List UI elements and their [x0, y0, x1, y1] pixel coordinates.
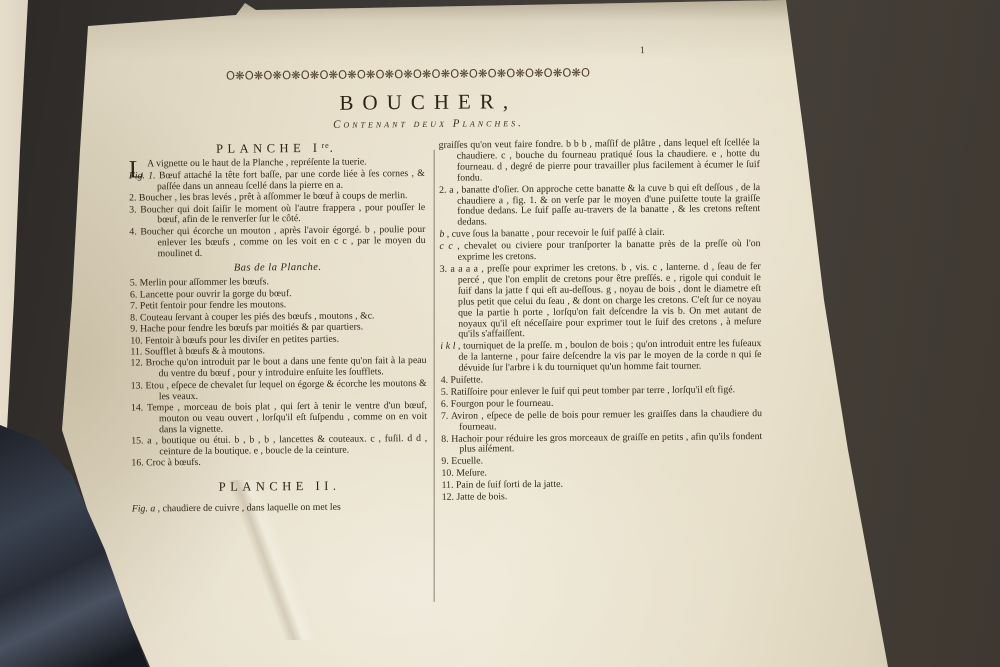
- item-label: 8.: [441, 433, 448, 444]
- item-text: Ratiſſoire pour enlever le ſuif qui peut…: [451, 384, 736, 397]
- page-number: 1: [640, 45, 645, 56]
- item-label: i k l ,: [440, 341, 460, 352]
- list-item: 2. a , banatte d'oſier. On approche cett…: [439, 183, 760, 229]
- list-item: 3. a a a a , preſſe pour exprimer les cr…: [440, 262, 762, 341]
- intro-text: A vignette ou le haut de la Planche , re…: [147, 156, 367, 169]
- left-column: PLANCHE Ire. LA vignette ou le haut de l…: [129, 140, 428, 516]
- item-text: chevalet ou civiere pour tranſporter la …: [458, 238, 761, 263]
- item-label: 5.: [441, 387, 448, 398]
- list-item: 12. Jatte de bois.: [442, 490, 763, 504]
- column-divider-rule: [434, 150, 435, 602]
- document-page: 1 O❋O❋O❋O❋O❋O❋O❋O❋O❋O❋O❋O❋O❋O❋O❋O❋O❋O❋O❋…: [0, 0, 1000, 667]
- heading-superscript: re: [321, 141, 329, 150]
- item-label: 6.: [130, 289, 137, 300]
- item-text: a , boutique ou étui. b , b , b , lancet…: [147, 433, 427, 457]
- item-text: Puiſette.: [450, 374, 482, 385]
- item-text: a a a a , preſſe pour exprimer les creto…: [450, 261, 761, 340]
- item-label: 14.: [131, 402, 143, 413]
- item-text: Tempe , morceau de bois plat , qui ſert …: [147, 400, 427, 435]
- heading-dot: .: [330, 141, 338, 155]
- document-subtitle: Contenant deux Planches.: [228, 116, 628, 131]
- item-text: Croc à bœufs.: [146, 457, 201, 468]
- item-label: 5.: [130, 278, 137, 289]
- item-label: Fig. 1.: [129, 170, 156, 181]
- right-column: graiſſes qu'on veut faire fondre. b b b …: [439, 138, 763, 505]
- item-label: Fig. a ,: [132, 504, 160, 515]
- item-text: tourniquet de la preſſe. m , boulon de b…: [458, 338, 761, 373]
- item-label: 2.: [129, 193, 136, 204]
- item-text: Soufflet à bœufs & à moutons.: [145, 345, 265, 357]
- item-text: Fourgon pour le fourneau.: [451, 398, 554, 410]
- item-label: 2.: [439, 184, 446, 195]
- item-label: 3.: [129, 204, 136, 215]
- list-item: 7. Aviron , eſpece de pelle de bois pour…: [441, 409, 762, 434]
- item-label: 9.: [130, 324, 137, 335]
- list-item: 16. Croc à bœufs.: [131, 456, 427, 469]
- item-label: 4.: [441, 375, 448, 386]
- item-label: 8.: [130, 312, 137, 323]
- item-label: 3.: [440, 264, 447, 275]
- item-text: Petit fentoir pour fendre les moutons.: [140, 299, 286, 311]
- item-text: Merlin pour aſſommer les bœufs.: [140, 277, 269, 289]
- item-label: 11.: [442, 480, 454, 491]
- item-text: graiſſes qu'on veut faire fondre. b b b …: [439, 137, 760, 183]
- item-label: 6.: [441, 399, 448, 410]
- item-text: Ecuelle.: [451, 456, 483, 467]
- item-label: 13.: [131, 380, 143, 391]
- heading-text: PLANCHE I: [216, 141, 322, 156]
- section-heading-planche-1: PLANCHE Ire.: [129, 140, 425, 155]
- item-text: Boucher qui écorche un mouton , après l'…: [140, 224, 425, 259]
- item-label: 7.: [130, 301, 137, 312]
- page-content: 1 O❋O❋O❋O❋O❋O❋O❋O❋O❋O❋O❋O❋O❋O❋O❋O❋O❋O❋O❋…: [0, 0, 1000, 667]
- item-text: Etou , eſpece de chevalet ſur lequel on …: [145, 378, 426, 402]
- item-label: 15.: [131, 436, 143, 447]
- item-label: 7.: [441, 411, 448, 422]
- item-label: 16.: [131, 458, 143, 469]
- item-label: b ,: [439, 229, 449, 240]
- section-heading-planche-2: PLANCHE II.: [132, 480, 428, 493]
- list-item: 14. Tempe , morceau de bois plat , qui ſ…: [131, 401, 427, 436]
- item-text: Fentoir à bœufs pour les diviſer en peti…: [145, 333, 339, 346]
- list-item: c c , chevalet ou civiere pour tranſport…: [439, 239, 760, 264]
- item-text: Jatte de bois.: [456, 491, 507, 502]
- item-text: Meſure.: [456, 468, 487, 479]
- item-label: 4.: [129, 226, 136, 237]
- item-text: Boucher qui doit ſaiſir le moment où l'a…: [140, 201, 425, 225]
- item-label: 10.: [130, 335, 142, 346]
- item-text: chaudiere de cuivre , dans laquelle on m…: [163, 502, 341, 515]
- item-label: 12.: [130, 358, 142, 369]
- item-label: 9.: [441, 456, 448, 467]
- item-label: 10.: [441, 468, 453, 479]
- item-label: 12.: [442, 492, 454, 503]
- figure-item: 4. Boucher qui écorche un mouton , après…: [129, 225, 425, 260]
- item-text: Bœuf attaché la tête fort baſſe, par une…: [157, 168, 425, 192]
- ornament-border: O❋O❋O❋O❋O❋O❋O❋O❋O❋O❋O❋O❋O❋O❋O❋O❋O❋O❋O❋O: [182, 65, 634, 83]
- list-item: 8. Hachoir pour réduire les gros morceau…: [441, 432, 762, 457]
- document-title: BOUCHER,: [248, 88, 608, 116]
- list-item: i k l , tourniquet de la preſſe. m , bou…: [440, 339, 761, 375]
- item-text: cuve ſous la banatte , pour recevoir le …: [452, 227, 665, 240]
- figure-a-line: Fig. a , chaudiere de cuivre , dans laqu…: [132, 502, 428, 515]
- item-label: c c ,: [439, 241, 459, 252]
- bas-de-la-planche-heading: Bas de la Planche.: [130, 262, 426, 275]
- item-text: Broche qu'on introduit par le bout a dan…: [146, 355, 427, 379]
- item-text: Hachoir pour réduire les gros morceaux d…: [451, 431, 762, 456]
- item-text: a , banatte d'oſier. On approche cette b…: [449, 182, 760, 228]
- item-label: 11.: [130, 346, 142, 357]
- item-text: Lancette pour ouvrir la gorge du bœuf.: [140, 288, 292, 300]
- item-text: Aviron , eſpece de pelle de bois pour re…: [451, 408, 762, 433]
- list-item: 15. a , boutique ou étui. b , b , b , la…: [131, 434, 427, 458]
- item-text: Pain de ſuif ſorti de la jatte.: [456, 479, 563, 491]
- adjacent-page-edge: [0, 0, 60, 470]
- paragraph: graiſſes qu'on veut faire fondre. b b b …: [439, 138, 760, 184]
